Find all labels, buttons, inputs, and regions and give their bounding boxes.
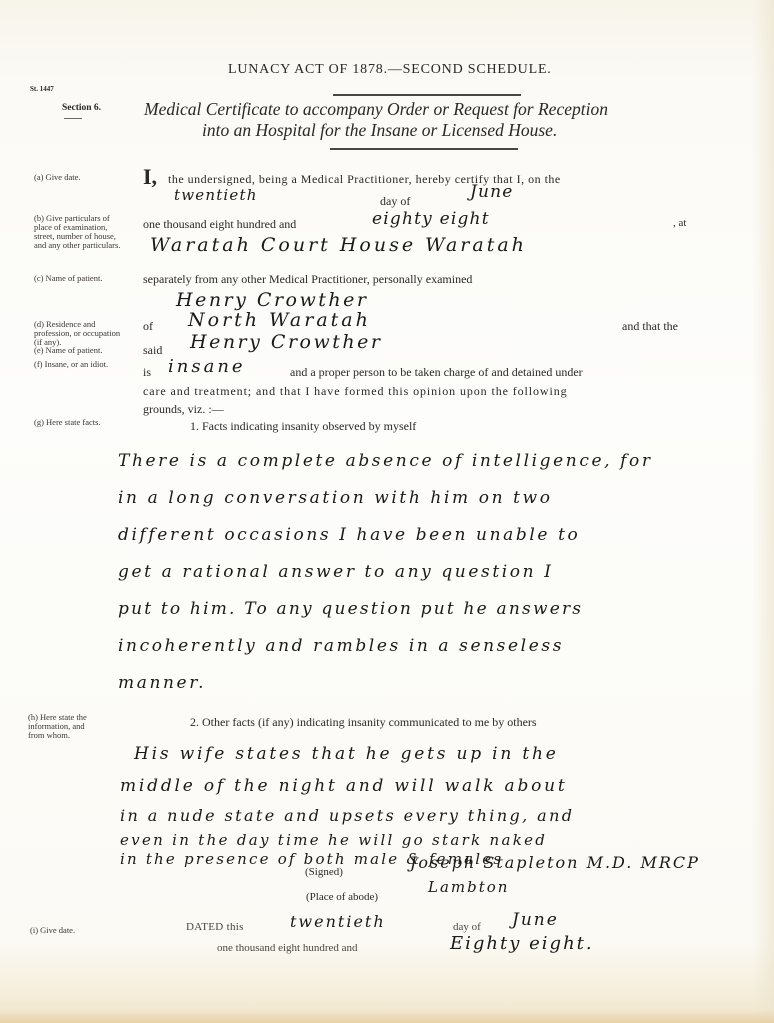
facts-others-line: His wife states that he gets up in the [120, 738, 574, 770]
margin-note-h: (h) Here state the information, and from… [28, 713, 90, 740]
facts-observed-line: manner. [118, 665, 653, 702]
hand-dated-day: twentieth [290, 912, 386, 931]
header-rule-top [333, 94, 521, 96]
margin-note-d: (d) Residence and profession, or occupat… [34, 320, 130, 347]
hand-place: Waratah Court House Waratah [150, 234, 527, 256]
hand-dated-month: June [512, 910, 559, 930]
abode-label: (Place of abode) [306, 891, 378, 903]
facts2-heading: 2. Other facts (if any) indicating insan… [190, 715, 537, 730]
section-label: Section 6. [62, 103, 101, 113]
margin-note-a: (a) Give date. [34, 173, 134, 182]
subtitle-line-1: Medical Certificate to accompany Order o… [144, 99, 608, 120]
margin-note-c: (c) Name of patient. [34, 274, 134, 283]
and-that-the-label: and that the [622, 319, 678, 334]
margin-note-g: (g) Here state facts. [34, 418, 134, 427]
is-label: is [143, 365, 151, 380]
dated-label: DATED this [186, 921, 244, 933]
facts-observed-block: There is a complete absence of intellige… [118, 443, 653, 702]
paper-edge-stain [0, 1009, 774, 1023]
hand-residence: North Waratah [188, 309, 371, 331]
year-label: one thousand eight hundred and [143, 217, 296, 232]
facts-observed-line: put to him. To any question put he answe… [118, 591, 653, 628]
grounds-text: grounds, viz. :— [143, 402, 224, 417]
facts-observed-line: in a long conversation with him on two [118, 480, 653, 517]
facts-observed-line: different occasions I have been unable t… [118, 517, 653, 554]
hand-patient-name: Henry Crowther [176, 289, 368, 311]
hand-day: twentieth [174, 186, 258, 204]
hand-said-patient: Henry Crowther [190, 331, 382, 353]
facts-observed-line: There is a complete absence of intellige… [118, 443, 653, 480]
hand-month: June [470, 182, 514, 202]
margin-note-f: (f) Insane, or an idiot. [34, 360, 124, 369]
subtitle-line-2: into an Hospital for the Insane or Licen… [202, 120, 557, 141]
margin-note-i: (i) Give date. [30, 926, 130, 935]
facts-others-line: middle of the night and will walk about [120, 770, 574, 802]
facts-others-line: in a nude state and upsets every thing, … [120, 802, 574, 830]
facts1-heading: 1. Facts indicating insanity observed by… [190, 419, 416, 434]
care-text: care and treatment; and that I have form… [143, 384, 568, 399]
facts-observed-line: get a rational answer to any question I [118, 554, 653, 591]
said-label: said [143, 343, 162, 358]
at-label: , at [673, 217, 686, 229]
of-label: of [143, 319, 153, 334]
hand-year: eighty eight [372, 209, 490, 229]
facts-others-block: His wife states that he gets up in the m… [120, 738, 574, 868]
dated-day-of-label: day of [453, 921, 481, 933]
form-number: St. 1447 [30, 85, 54, 93]
hand-abode: Lambton [428, 878, 509, 896]
hand-dated-year: Eighty eight. [450, 933, 594, 954]
intro-initial: I, [143, 164, 157, 190]
hand-condition: insane [168, 356, 246, 377]
proper-person-text: and a proper person to be taken charge o… [290, 365, 583, 380]
examined-text: separately from any other Medical Practi… [143, 272, 472, 287]
margin-note-b: (b) Give particulars of place of examina… [34, 214, 124, 250]
margin-note-e: (e) Name of patient. [34, 346, 134, 355]
paper-edge-shadow [752, 0, 774, 1023]
day-of-label: day of [380, 194, 410, 209]
section-underline [64, 118, 82, 119]
facts-observed-line: incoherently and rambles in a senseless [118, 628, 653, 665]
hand-signature: Joseph Stapleton M.D. MRCP [410, 853, 700, 872]
facts-others-line: even in the day time he will go stark na… [120, 830, 574, 850]
header-rule-bottom [330, 148, 518, 150]
dated-year-label: one thousand eight hundred and [217, 942, 358, 954]
signed-label: (Signed) [305, 866, 343, 878]
header-title: LUNACY ACT OF 1878.—SECOND SCHEDULE. [228, 62, 552, 78]
